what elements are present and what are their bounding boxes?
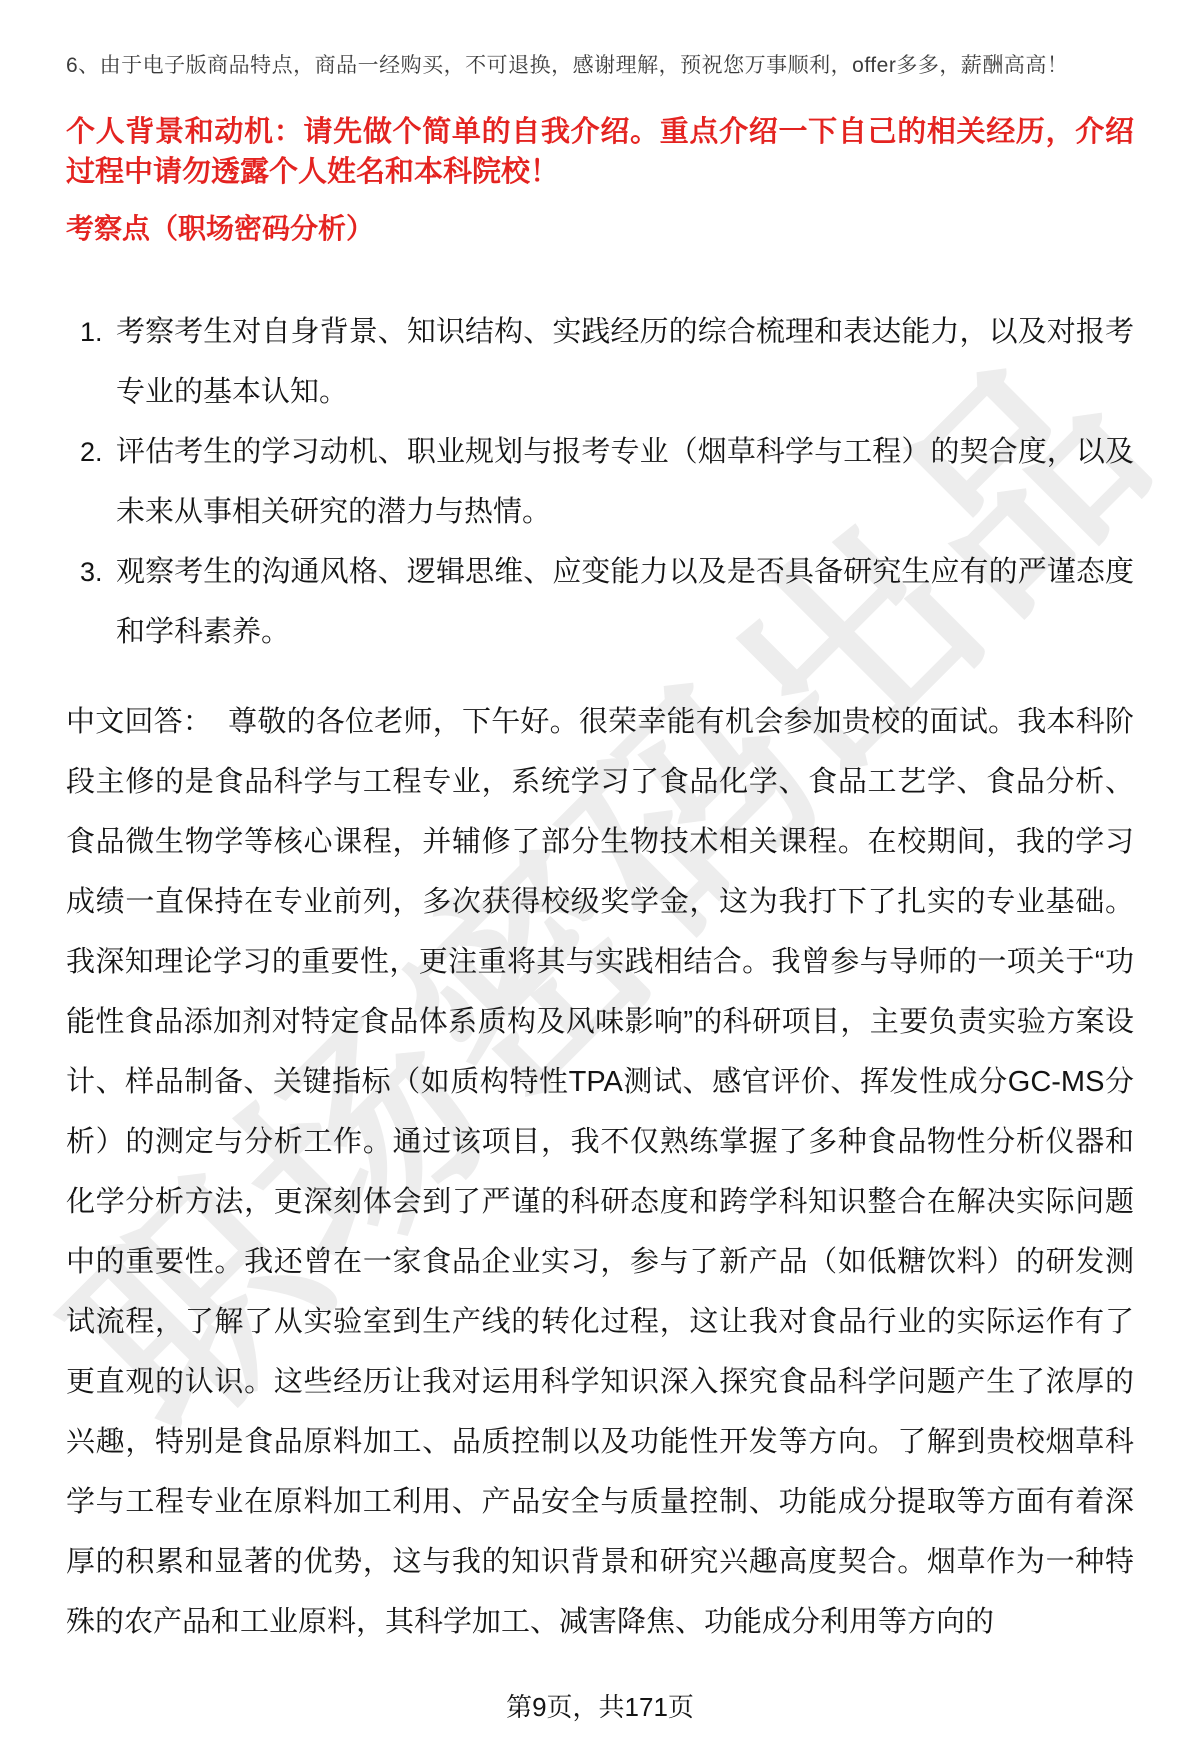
purchase-notice-line: 6、由于电子版商品特点，商品一经购买，不可退换，感谢理解，预祝您万事顺利，off… (66, 52, 1134, 80)
assessment-section-heading: 考察点（职场密码分析） (66, 212, 1134, 246)
list-item-number: 3. (66, 542, 116, 602)
question-heading: 个人背景和动机：请先做个简单的自我介绍。重点介绍一下自己的相关经历，介绍过程中请… (66, 112, 1134, 192)
answer-language-label: 中文回答： (66, 706, 212, 738)
list-item: 3. 观察考生的沟通风格、逻辑思维、应变能力以及是否具备研究生应有的严谨态度和学… (66, 542, 1134, 662)
assessment-points-list: 1. 考察考生对自身背景、知识结构、实践经历的综合梳理和表达能力，以及对报考专业… (66, 302, 1134, 662)
list-item-text: 考察考生对自身背景、知识结构、实践经历的综合梳理和表达能力，以及对报考专业的基本… (116, 302, 1134, 422)
list-item-number: 2. (66, 422, 116, 482)
list-item-number: 1. (66, 302, 116, 362)
list-item-text: 观察考生的沟通风格、逻辑思维、应变能力以及是否具备研究生应有的严谨态度和学科素养… (116, 542, 1134, 662)
list-item-text: 评估考生的学习动机、职业规划与报考专业（烟草科学与工程）的契合度，以及未来从事相… (116, 422, 1134, 542)
page-content: 6、由于电子版商品特点，商品一经购买，不可退换，感谢理解，预祝您万事顺利，off… (0, 0, 1200, 1652)
list-item: 1. 考察考生对自身背景、知识结构、实践经历的综合梳理和表达能力，以及对报考专业… (66, 302, 1134, 422)
answer-body-text: 尊敬的各位老师，下午好。很荣幸能有机会参加贵校的面试。我本科阶段主修的是食品科学… (66, 706, 1134, 1638)
list-item: 2. 评估考生的学习动机、职业规划与报考专业（烟草科学与工程）的契合度，以及未来… (66, 422, 1134, 542)
document-page: 职场密码出品 6、由于电子版商品特点，商品一经购买，不可退换，感谢理解，预祝您万… (0, 0, 1200, 1755)
answer-paragraph: 中文回答：尊敬的各位老师，下午好。很荣幸能有机会参加贵校的面试。我本科阶段主修的… (66, 692, 1134, 1652)
page-number-footer: 第9页，共171页 (0, 1692, 1200, 1722)
